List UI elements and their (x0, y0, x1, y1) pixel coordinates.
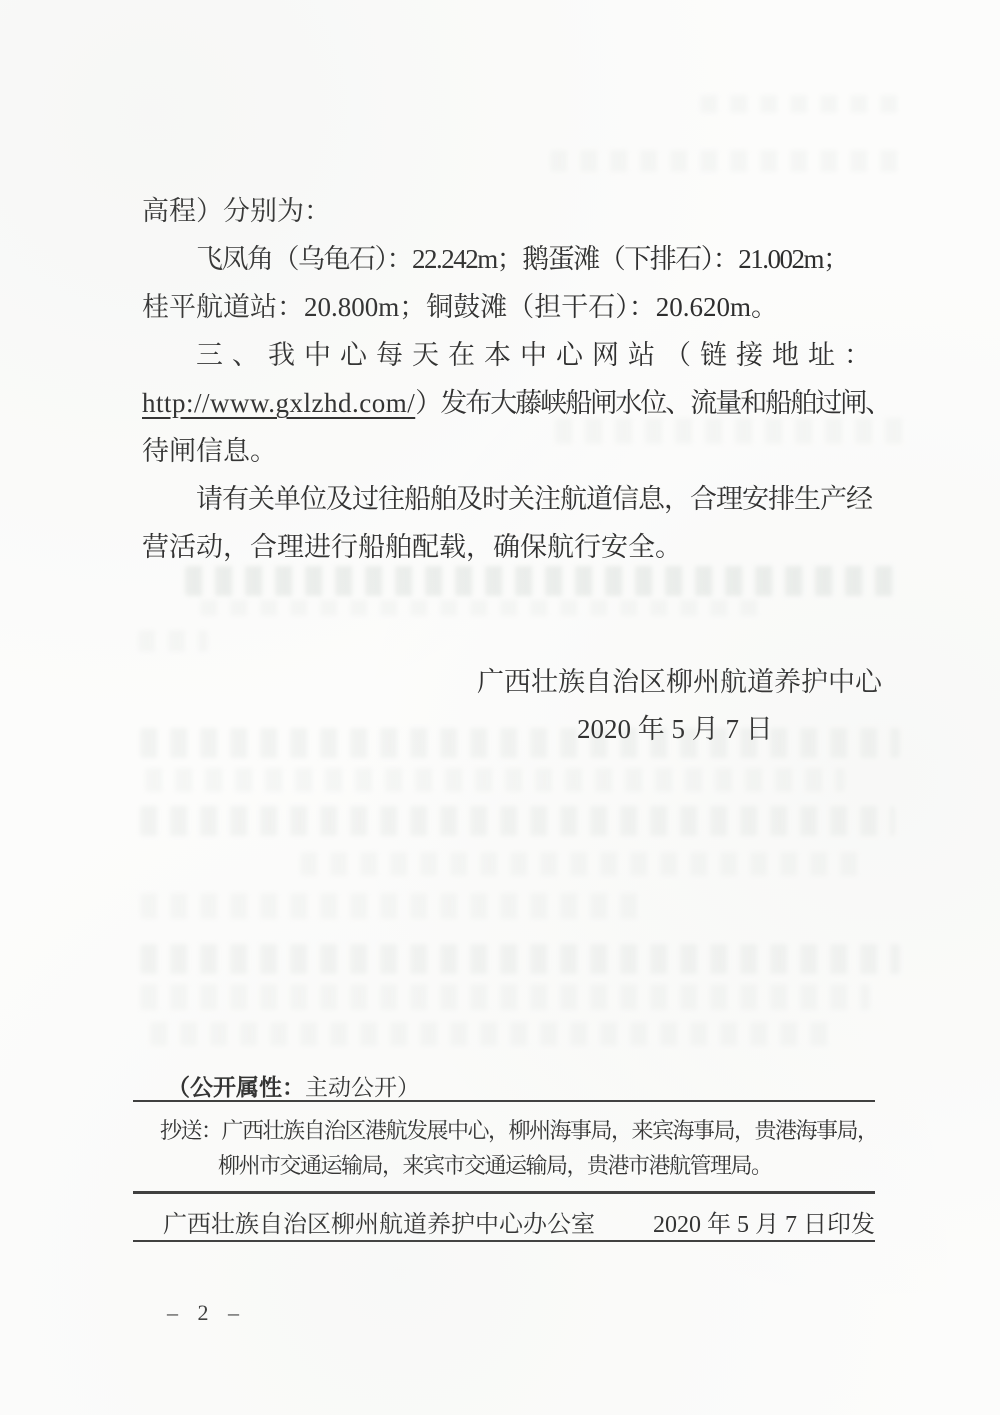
cc-list-line2: 柳州市交通运输局，来宾市交通运输局，贵港市港航管理局。 (218, 1153, 772, 1179)
bleedthrough-artifact (140, 728, 900, 758)
print-date: 2020 年 5 月 7 日印发 (653, 1204, 875, 1239)
bleedthrough-artifact (140, 893, 640, 919)
bleedthrough-artifact (140, 984, 870, 1010)
item3-after-url-text: ）发布大藤峡船闸水位、流量和船舶过闸、 (415, 388, 890, 418)
notice-line2: 营活动，合理进行船舶配载，确保航行安全。 (142, 531, 682, 563)
divider-line-bottom (133, 1240, 875, 1242)
elevation-intro-line: 高程）分别为： (142, 195, 331, 227)
divider-line-top (133, 1100, 875, 1102)
bleedthrough-artifact (300, 852, 860, 876)
bleedthrough-artifact (200, 600, 760, 616)
item3-url-line: http://www.gxlzhd.com/）发布大藤峡船闸水位、流量和船舶过闸… (142, 387, 890, 419)
publicity-attribute-line: （公开属性：主动公开） (167, 1074, 420, 1102)
publicity-label: （公开属性： (167, 1075, 305, 1100)
document-page: 高程）分别为： 飞凤角（乌龟石）：22.242m；鹅蛋滩（下排石）：21.002… (0, 0, 1000, 1415)
cc-list-line1: 抄送：广西壮族自治区港航发展中心，柳州海事局，来宾海事局，贵港海事局， (160, 1118, 878, 1144)
bleedthrough-artifact (185, 566, 895, 596)
bleedthrough-artifact (140, 944, 900, 974)
signature-organization: 广西壮族自治区柳州航道养护中心 (477, 666, 882, 698)
issuing-office: 广西壮族自治区柳州航道养护中心办公室 (163, 1204, 595, 1239)
website-url-link[interactable]: http://www.gxlzhd.com/ (142, 388, 415, 418)
item3-lead-line: 三、我中心每天在本中心网站（链接地址： (196, 339, 880, 371)
divider-line-middle (133, 1191, 875, 1194)
publicity-value: 主动公开） (305, 1075, 420, 1100)
bleedthrough-artifact (140, 806, 895, 836)
station-elevations-line2: 桂平航道站：20.800m；铜鼓滩（担干石）：20.620m。 (142, 291, 778, 323)
bleedthrough-artifact (555, 418, 905, 444)
page-number: – 2 – (167, 1300, 246, 1326)
bleedthrough-artifact (145, 768, 845, 792)
issuer-row: 广西壮族自治区柳州航道养护中心办公室 2020 年 5 月 7 日印发 (163, 1204, 875, 1239)
notice-line1: 请有关单位及过往船舶及时关注航道信息，合理安排生产经 (196, 483, 872, 515)
station-elevations-line1: 飞凤角（乌龟石）：22.242m；鹅蛋滩（下排石）：21.002m； (196, 243, 849, 275)
item3-tail-line: 待闸信息。 (142, 435, 277, 467)
bleedthrough-artifact (138, 630, 208, 652)
bleedthrough-artifact (700, 95, 900, 113)
signature-date: 2020 年 5 月 7 日 (577, 713, 773, 745)
bleedthrough-artifact (150, 1022, 830, 1046)
bleedthrough-artifact (550, 150, 900, 172)
